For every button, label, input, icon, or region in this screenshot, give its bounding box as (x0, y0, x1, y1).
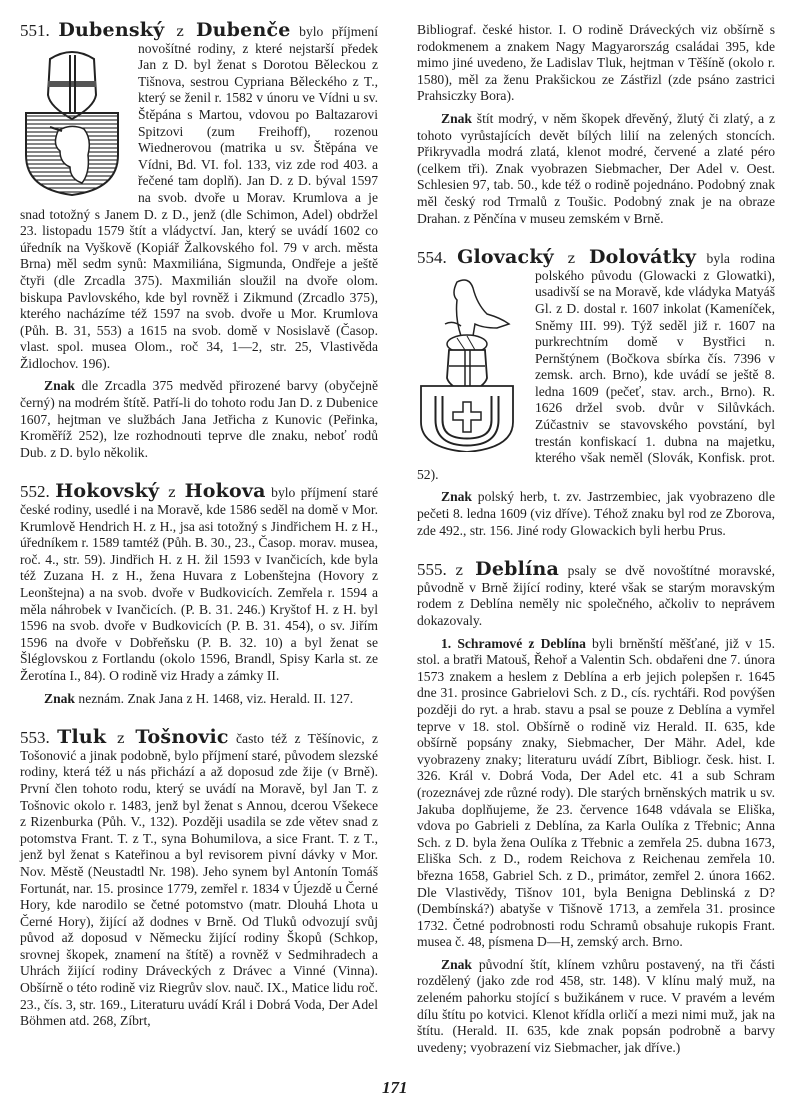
entry-title: Glovacký z Dolovátky (457, 246, 696, 268)
entry-number: 555. (417, 560, 447, 579)
entry-551-znak: Znak dle Zrcadla 375 medvěd přirozené ba… (20, 378, 378, 461)
entry-552-znak: Znak neznám. Znak Jana z H. 1468, viz. H… (20, 691, 378, 708)
entry-555: 555. z Deblína psaly se dvě novoštítné m… (417, 561, 775, 1056)
page-number: 171 (382, 1078, 408, 1098)
entry-551-intro: 551. Dubenský z Dubenče (20, 22, 378, 372)
entry-553-continued: Bibliograf. české histor. I. O rodině Dr… (417, 22, 775, 227)
left-column: 551. Dubenský z Dubenče (20, 22, 378, 1052)
entry-number: 551. (20, 21, 50, 40)
entry-555-intro: 555. z Deblína psaly se dvě novoštítné m… (417, 561, 775, 629)
entry-number: 552. (20, 482, 50, 501)
coat-of-arms-falcon-horseshoe-icon (417, 274, 521, 452)
entry-title: Hokovský z Hokova (55, 480, 265, 502)
entry-552-intro: 552. Hokovský z Hokova bylo příjmení sta… (20, 483, 378, 684)
entry-title: z Deblína (455, 558, 559, 580)
entry-554-znak: Znak polský herb, t. zv. Jastrzembiec, j… (417, 489, 775, 539)
entry-title: Tluk z Tošnovic (57, 726, 229, 748)
entry-553-znak: Znak štít modrý, v něm škopek dřevěný, ž… (417, 111, 775, 227)
entry-553: 553. Tluk z Tošnovic často též z Těšínov… (20, 729, 378, 1030)
entry-551: 551. Dubenský z Dubenče (20, 22, 378, 461)
entry-title: Dubenský z Dubenče (58, 19, 290, 41)
book-page: 551. Dubenský z Dubenče (0, 0, 800, 1118)
entry-553-intro-left: 553. Tluk z Tošnovic často též z Těšínov… (20, 729, 378, 1030)
entry-number: 554. (417, 248, 447, 267)
entry-553-intro-right: Bibliograf. české histor. I. O rodině Dr… (417, 22, 775, 105)
coat-of-arms-helmet-bear-icon (20, 47, 124, 197)
entry-555-schramove: 1. Schramové z Deblína byli brněnští měš… (417, 636, 775, 951)
entry-554: 554. Glovacký z Dolovátky (417, 249, 775, 539)
entry-555-znak: Znak původní štít, klínem vzhůru postave… (417, 957, 775, 1057)
entry-552: 552. Hokovský z Hokova bylo příjmení sta… (20, 483, 378, 707)
entry-554-intro: 554. Glovacký z Dolovátky (417, 249, 775, 483)
right-column: Bibliograf. české histor. I. O rodině Dr… (417, 22, 775, 1078)
entry-number: 553. (20, 728, 50, 747)
